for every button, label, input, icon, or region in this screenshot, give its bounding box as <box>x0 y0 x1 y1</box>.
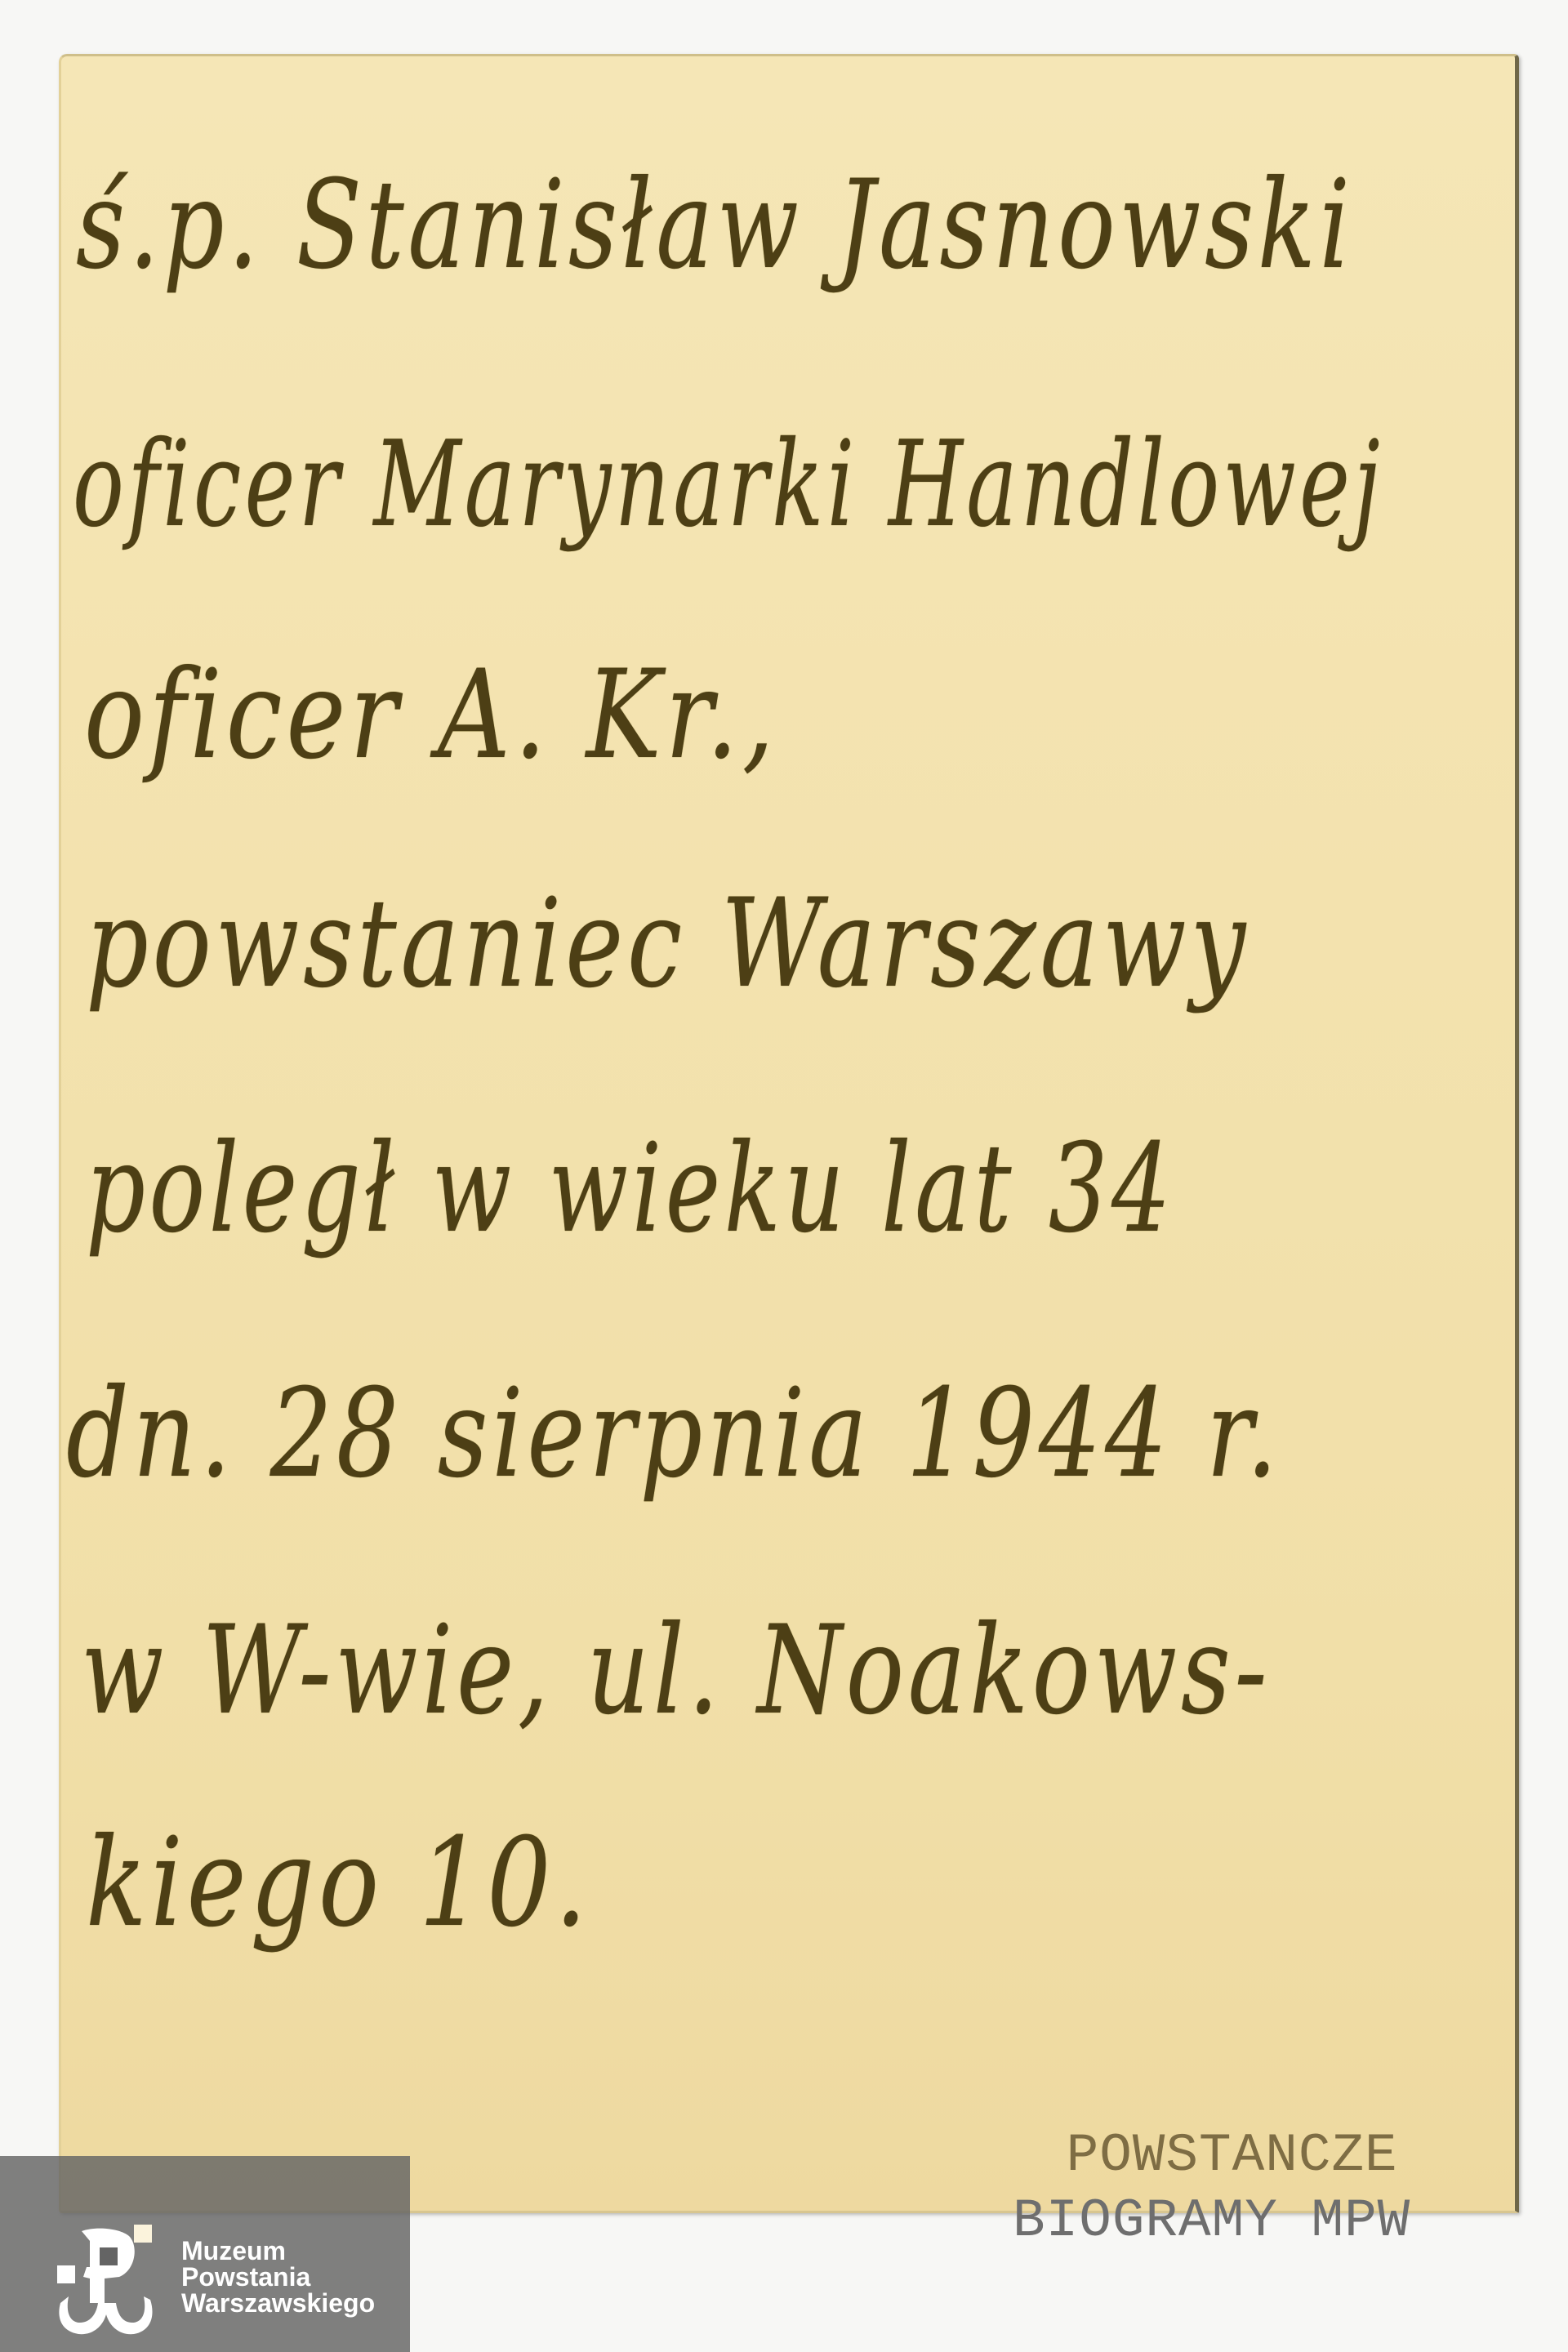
museum-name-line-2: Powstania <box>181 2264 375 2290</box>
handwritten-line-8: kiego 10. <box>86 1812 590 1954</box>
kotwica-anchor-icon <box>54 2225 160 2339</box>
handwritten-line-2: oficer Marynarki Handlowej <box>73 416 1383 554</box>
museum-name-line-3: Warszawskiego <box>181 2290 375 2316</box>
museum-logo: Muzeum Powstania Warszawskiego <box>0 2156 410 2352</box>
handwritten-line-7: w W-wie, ul. Noakows- <box>81 1600 1271 1742</box>
watermark-line-2: BIOGRAMY MPW <box>1013 2189 1410 2254</box>
museum-name: Muzeum Powstania Warszawskiego <box>181 2238 375 2316</box>
handwritten-line-4: powstaniec Warszawy <box>86 873 1249 1015</box>
handwritten-line-5: poległ w wieku lat 34 <box>86 1118 1174 1260</box>
handwritten-line-3: oficer A. Kr., <box>84 644 778 786</box>
museum-name-line-1: Muzeum <box>181 2238 375 2264</box>
watermark-line-1: POWSTANCZE <box>1053 2123 1410 2189</box>
memorial-card: ś.p. Stanisław Jasnowski oficer Marynark… <box>59 54 1519 2213</box>
handwritten-line-6: dn. 28 sierpnia 1944 r. <box>66 1363 1281 1505</box>
watermark: POWSTANCZE BIOGRAMY MPW <box>1053 2123 1410 2254</box>
handwritten-line-1: ś.p. Stanisław Jasnowski <box>76 154 1354 296</box>
